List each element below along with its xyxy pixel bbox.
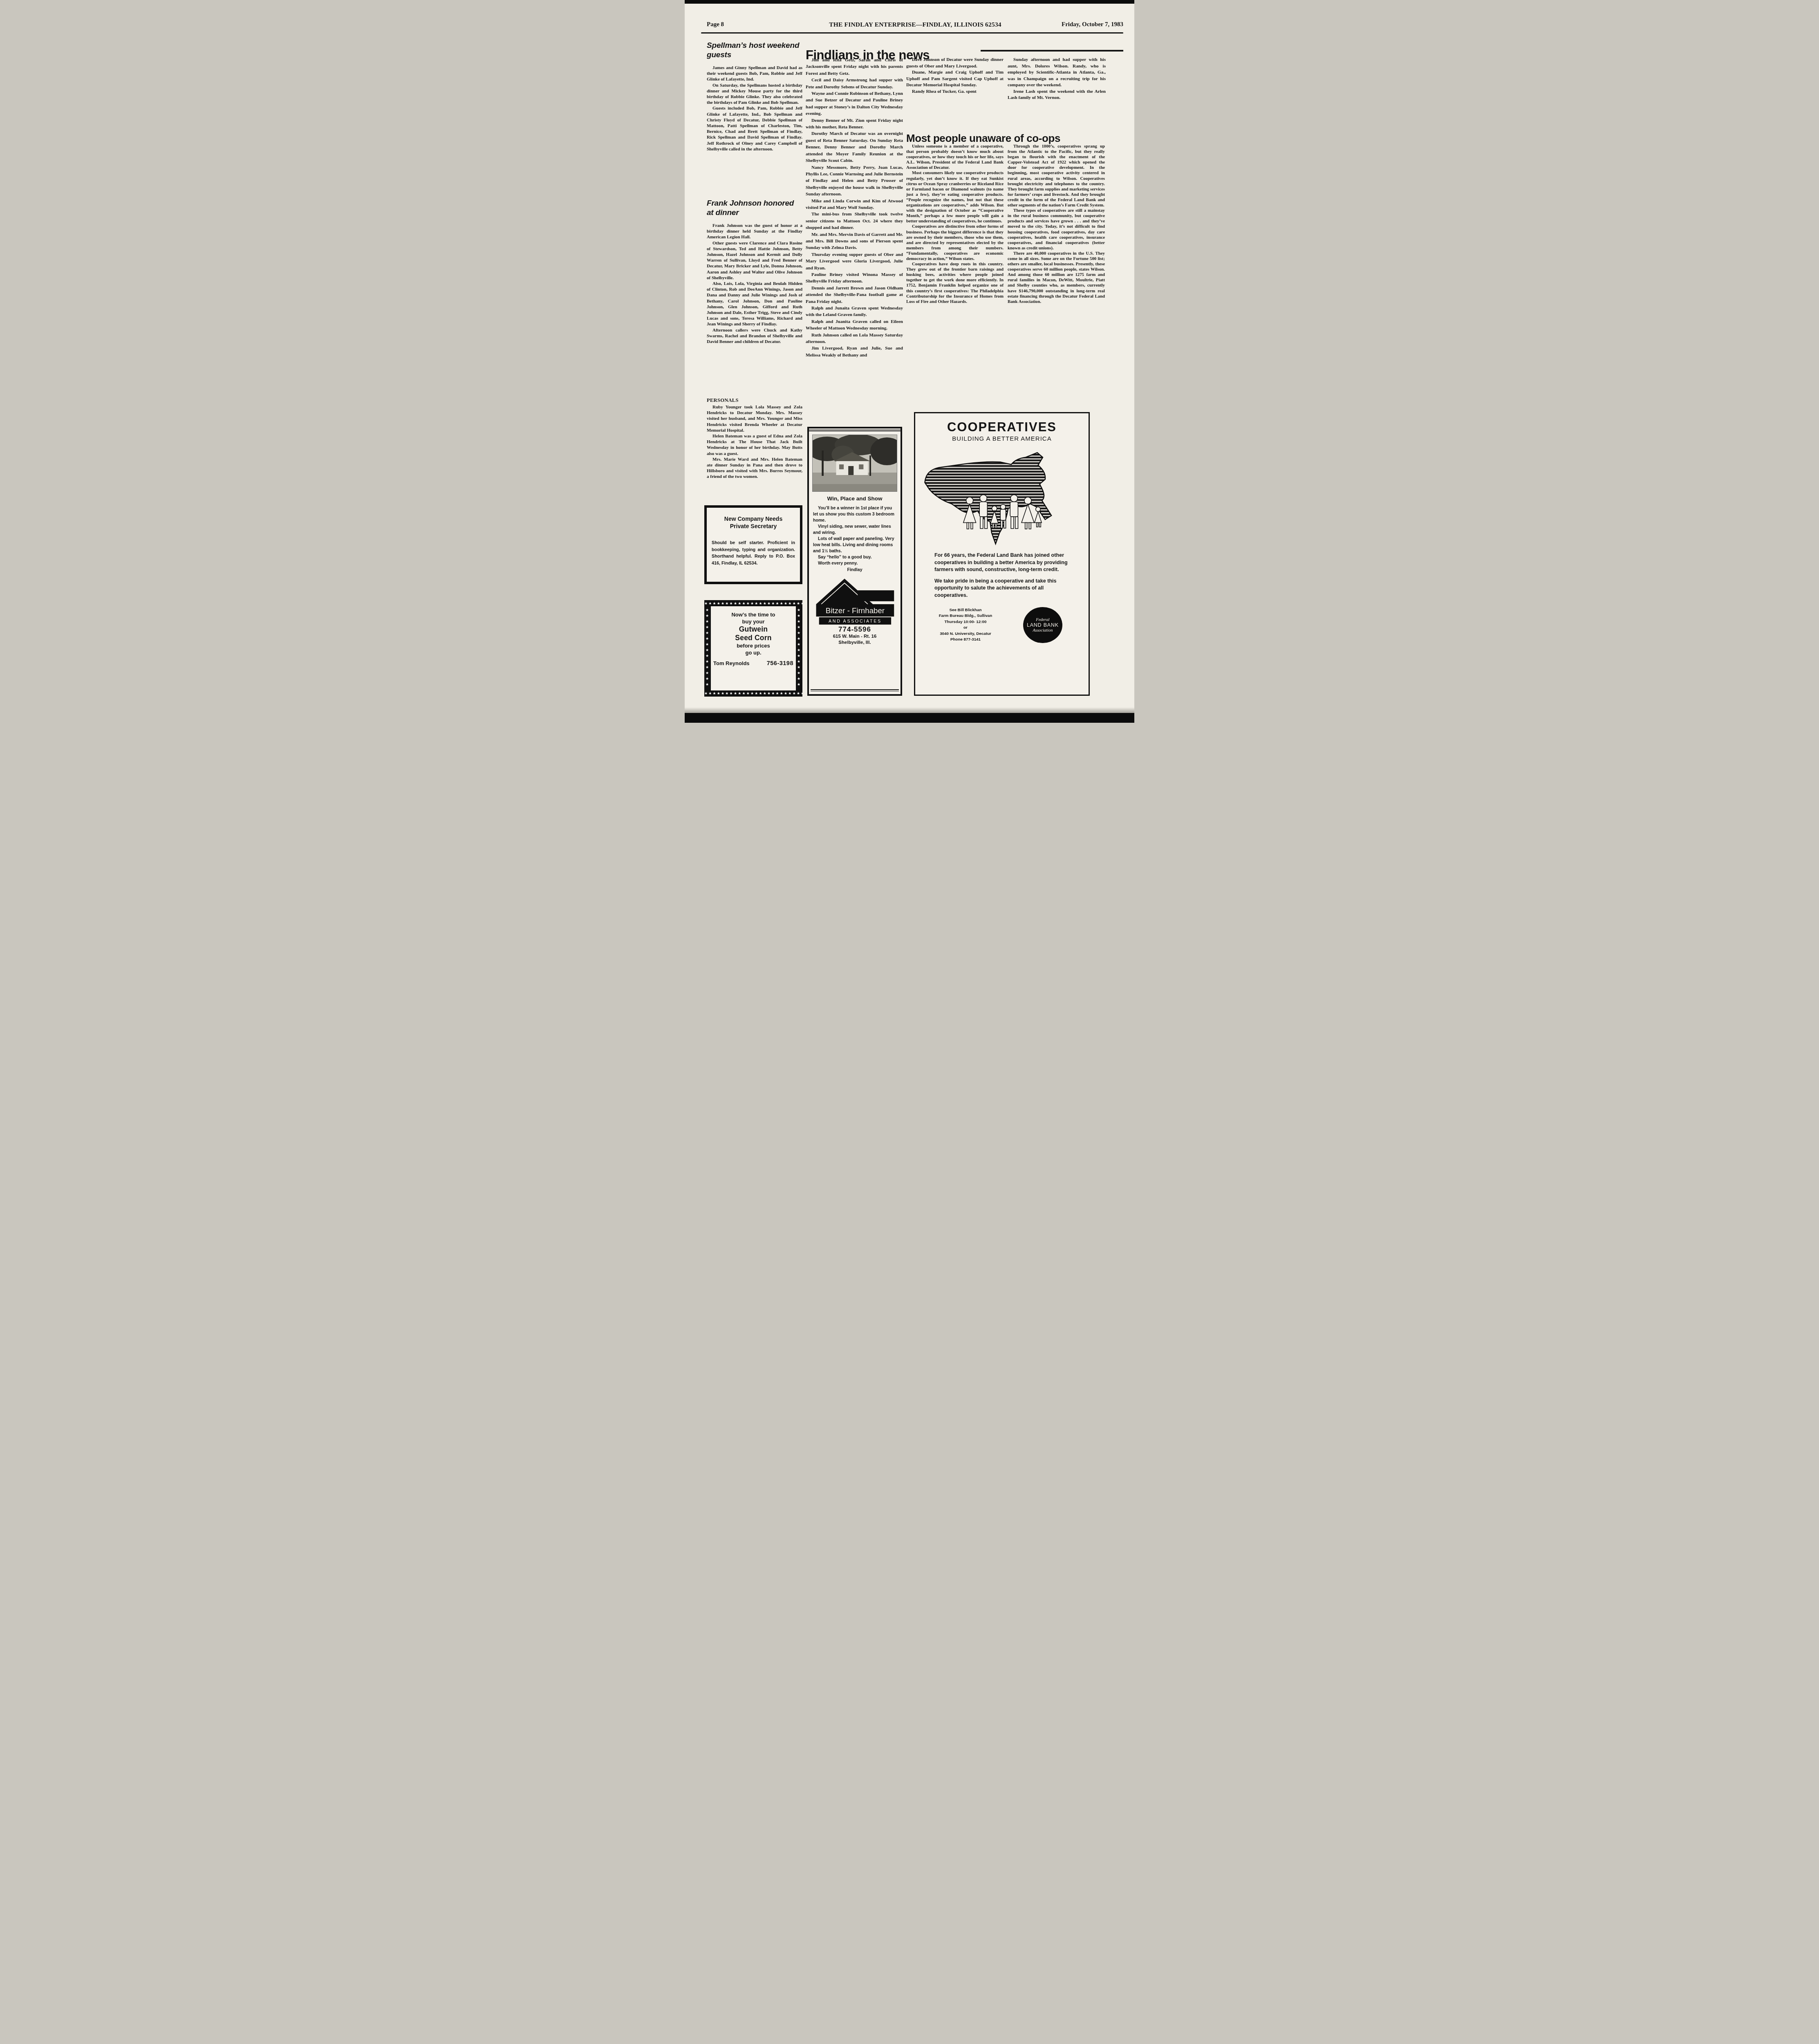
paragraph: Mike and Linda Corwin and Kim of Atwood … — [806, 198, 903, 211]
paragraph: Thursday evening supper guests of Ober a… — [806, 251, 903, 271]
ad-body: You’ll be a winner in 1st place if you l… — [809, 505, 901, 567]
ad-paragraph-2: We take pride in being a cooperative and… — [934, 578, 1069, 599]
masthead: Page 8 THE FINDLAY ENTERPRISE—FINDLAY, I… — [707, 20, 1123, 31]
newspaper-page: Page 8 THE FINDLAY ENTERPRISE—FINDLAY, I… — [685, 0, 1134, 723]
paragraph: There are 40,000 cooperatives in the U.S… — [1008, 251, 1105, 305]
scan-edge-bottom — [685, 713, 1134, 723]
paragraph: Ruth Johnson called on Lola Massey Satur… — [806, 332, 903, 345]
ad-realty-win-place-show: Win, Place and Show You’ll be a winner i… — [807, 427, 902, 696]
article-body: James and Ginny Spellman and David had a… — [707, 65, 802, 152]
coops-column-1: Unless someone is a member of a cooperat… — [906, 144, 1004, 305]
article-heading: Spellman’s host weekend guests — [707, 41, 802, 60]
ad-line: before prices — [711, 642, 796, 649]
svg-text:Bitzer - Firnhaber: Bitzer - Firnhaber — [826, 606, 885, 615]
ad-signature: Findlay — [809, 567, 901, 572]
paragraph: See Bill Blickhan — [915, 607, 1016, 614]
ad-line: Now’s the time to — [711, 611, 796, 618]
paragraph: Farm Bureau Bldg., Sullivan — [915, 613, 1016, 619]
ad-cooperatives: COOPERATIVES BUILDING A BETTER AMERICA F… — [914, 412, 1090, 696]
ad-body: Should be self starter. Proficient in bo… — [712, 540, 795, 567]
coops-headline: Most people unaware of co-ops — [906, 132, 1060, 145]
ad-subhead: BUILDING A BETTER AMERICA — [915, 435, 1089, 442]
house-photo-illustration — [813, 435, 897, 491]
section-heading: PERSONALS — [707, 397, 802, 403]
ad-title: New Company Needs Private Secretary — [717, 515, 789, 530]
house-photo — [812, 435, 897, 492]
paragraph: Cooperatives have deep roots in this cou… — [906, 262, 1004, 305]
paragraph: Worth every penny. — [813, 560, 896, 567]
paragraph: These types of cooperatives are still a … — [1008, 208, 1105, 251]
paragraph: Ruby Younger took Lola Massey and Zola H… — [707, 404, 802, 433]
ad-heading: Win, Place and Show — [821, 495, 888, 502]
paragraph: Mr. and Mrs. Mervin Davis of Garrett and… — [806, 231, 903, 251]
scan-edge-top — [685, 0, 1134, 4]
coops-column-2: Through the 1800’s, cooperatives sprang … — [1008, 144, 1105, 305]
paragraph: Ralph and Juanita Graven called on Eilee… — [806, 318, 903, 332]
logo-text-bottom: Association — [1033, 628, 1053, 633]
paragraph: Pauline Briney visited Winona Massey of … — [806, 271, 903, 285]
paragraph: Also, Lois, Lola, Virginia and Beulah Hi… — [707, 281, 802, 327]
paragraph: Most consumers likely use cooperative pr… — [906, 170, 1004, 224]
paragraph: James and Ginny Spellman and David had a… — [707, 65, 802, 83]
svg-text:AND ASSOCIATES: AND ASSOCIATES — [829, 619, 882, 624]
paragraph: Say “hello” to a good buy. — [813, 554, 896, 560]
paragraph: Randy Rhea of Tucker, Ga. spent — [906, 89, 1004, 95]
ad-phone: 774-5596 — [809, 625, 901, 634]
paragraph: Nancy Messmore, Betty Perry, Joan Lucas,… — [806, 164, 903, 198]
article-body: Frank Johnson was the guest of honor at … — [707, 223, 802, 345]
newspaper-title: THE FINDLAY ENTERPRISE—FINDLAY, ILLINOIS… — [801, 21, 1030, 29]
brand-name: Seed Corn — [711, 634, 796, 642]
paragraph: Sunday afternoon and had supper with his… — [1008, 57, 1106, 89]
ad-address-1: 615 W. Main - Rt. 16 — [809, 634, 901, 640]
bitzer-firnhaber-logo: Bitzer - Firnhaber AND ASSOCIATES — [815, 576, 895, 625]
usa-map-illustration — [919, 445, 1084, 548]
paragraph: Guests included Bob, Pam, Robbie and Jef… — [707, 105, 802, 152]
contact-phone: 756-3198 — [767, 660, 793, 667]
paragraph: Vinyl siding, new sewer, water lines and… — [813, 524, 896, 536]
headline-rule — [981, 50, 1123, 52]
paragraph: Duane, Margie and Craig Uphoff and Tim U… — [906, 69, 1004, 89]
ad-line: go up. — [711, 649, 796, 656]
paragraph: Thursday 10:00- 12:00 — [915, 619, 1016, 625]
article-body: Ruby Younger took Lola Massey and Zola H… — [707, 404, 802, 480]
paragraph: Jim and Rita Getz, Sarah and Chris of Ja… — [806, 57, 903, 77]
paragraph: Dennis and Jarrett Brown and Jason Oldha… — [806, 285, 903, 305]
paragraph: Unless someone is a member of a cooperat… — [906, 144, 1004, 170]
paragraph: Mrs. Marie Ward and Mrs. Helen Bateman a… — [707, 457, 802, 480]
ad-address-2: Shelbyville, Ill. — [809, 640, 901, 646]
paragraph: Wayne and Connie Robinson of Bethany, Ly… — [806, 90, 903, 117]
paragraph: or — [915, 625, 1016, 631]
paragraph: Other guests were Clarence and Clara Ros… — [707, 240, 802, 281]
decor-rule-band — [811, 689, 899, 692]
ad-private-secretary: New Company Needs Private Secretary Shou… — [704, 505, 802, 584]
findlians-column-3: Sunday afternoon and had supper with his… — [1008, 57, 1106, 101]
paragraph: Dorothy March of Decatur was an overnigh… — [806, 130, 903, 164]
star-border-right: ★★★★★★★★★★★★★★ — [796, 605, 802, 692]
paragraph: 3040 N. University, Decatur — [915, 631, 1016, 637]
paragraph: Denny Benner of Mt. Zion spent Friday ni… — [806, 117, 903, 131]
paragraph: Irene Lash spent the weekend with the Ar… — [1008, 89, 1106, 101]
ad-paragraph-1: For 66 years, the Federal Land Bank has … — [934, 552, 1069, 574]
ad-contact-block: See Bill BlickhanFarm Bureau Bldg., Sull… — [915, 607, 1016, 643]
ad-headline: COOPERATIVES — [915, 420, 1089, 435]
ad-content: Now’s the time to buy your Gutwein Seed … — [711, 606, 796, 690]
paragraph: Afternoon callers were Chuck and Kathy S… — [707, 327, 802, 345]
logo-text-main: LAND BANK — [1027, 622, 1059, 628]
paragraph: The mini-bus from Shelbyville took twelv… — [806, 211, 903, 231]
paragraph: On Saturday, the Spellmans hosted a birt… — [707, 83, 802, 106]
article-frank-johnson: Frank Johnson honored at dinner Frank Jo… — [707, 199, 802, 345]
ad-line: buy your — [711, 618, 796, 625]
paragraph: Ralph and Junaita Graven spent Wednesday… — [806, 305, 903, 318]
decor-rule-band — [809, 429, 901, 432]
paragraph: Dave Johnson of Decatur were Sunday dinn… — [906, 57, 1004, 69]
contact-name: Tom Reynolds — [713, 660, 750, 666]
scan-smudge — [685, 707, 1134, 713]
brand-name: Gutwein — [711, 625, 796, 634]
findlians-column-1: Jim and Rita Getz, Sarah and Chris of Ja… — [806, 57, 903, 359]
star-border-bottom: ★★★★★★★★★★★★★★★★★★★★★★★★★★ — [704, 690, 802, 696]
star-border-top: ★★★★★★★★★★★★★★★★★★★★★★★★★★ — [704, 601, 802, 606]
masthead-rule — [701, 32, 1123, 34]
federal-land-bank-logo: Federal LAND BANK Association — [1023, 607, 1062, 643]
paragraph: Phone 877-3141 — [915, 637, 1016, 643]
article-personals: PERSONALS Ruby Younger took Lola Massey … — [707, 397, 802, 480]
logo-text-top: Federal — [1036, 618, 1049, 622]
findlians-column-2: Dave Johnson of Decatur were Sunday dinn… — [906, 57, 1004, 95]
paragraph: Cecil and Daisy Armstrong had supper wit… — [806, 77, 903, 90]
paragraph: Helen Bateman was a guest of Edna and Zo… — [707, 433, 802, 457]
article-spellman: Spellman’s host weekend guests James and… — [707, 41, 802, 152]
paragraph: Cooperatives are distinctive from other … — [906, 224, 1004, 262]
article-heading: Frank Johnson honored at dinner — [707, 199, 802, 217]
paragraph: Frank Johnson was the guest of honor at … — [707, 223, 802, 240]
star-border-left: ★★★★★★★★★★★★★★ — [705, 605, 710, 692]
ad-gutwein-seed-corn: ★★★★★★★★★★★★★★★★★★★★★★★★★★ ★★★★★★★★★★★★★… — [704, 600, 802, 697]
page-number: Page 8 — [707, 21, 724, 28]
paragraph: Through the 1800’s, cooperatives sprang … — [1008, 144, 1105, 208]
issue-date: Friday, October 7, 1983 — [1062, 21, 1123, 28]
paragraph: Jim Livergood, Ryan and Julie, Sue and M… — [806, 345, 903, 359]
paragraph: You’ll be a winner in 1st place if you l… — [813, 505, 896, 524]
paragraph: Lots of wall paper and paneling. Very lo… — [813, 536, 896, 554]
